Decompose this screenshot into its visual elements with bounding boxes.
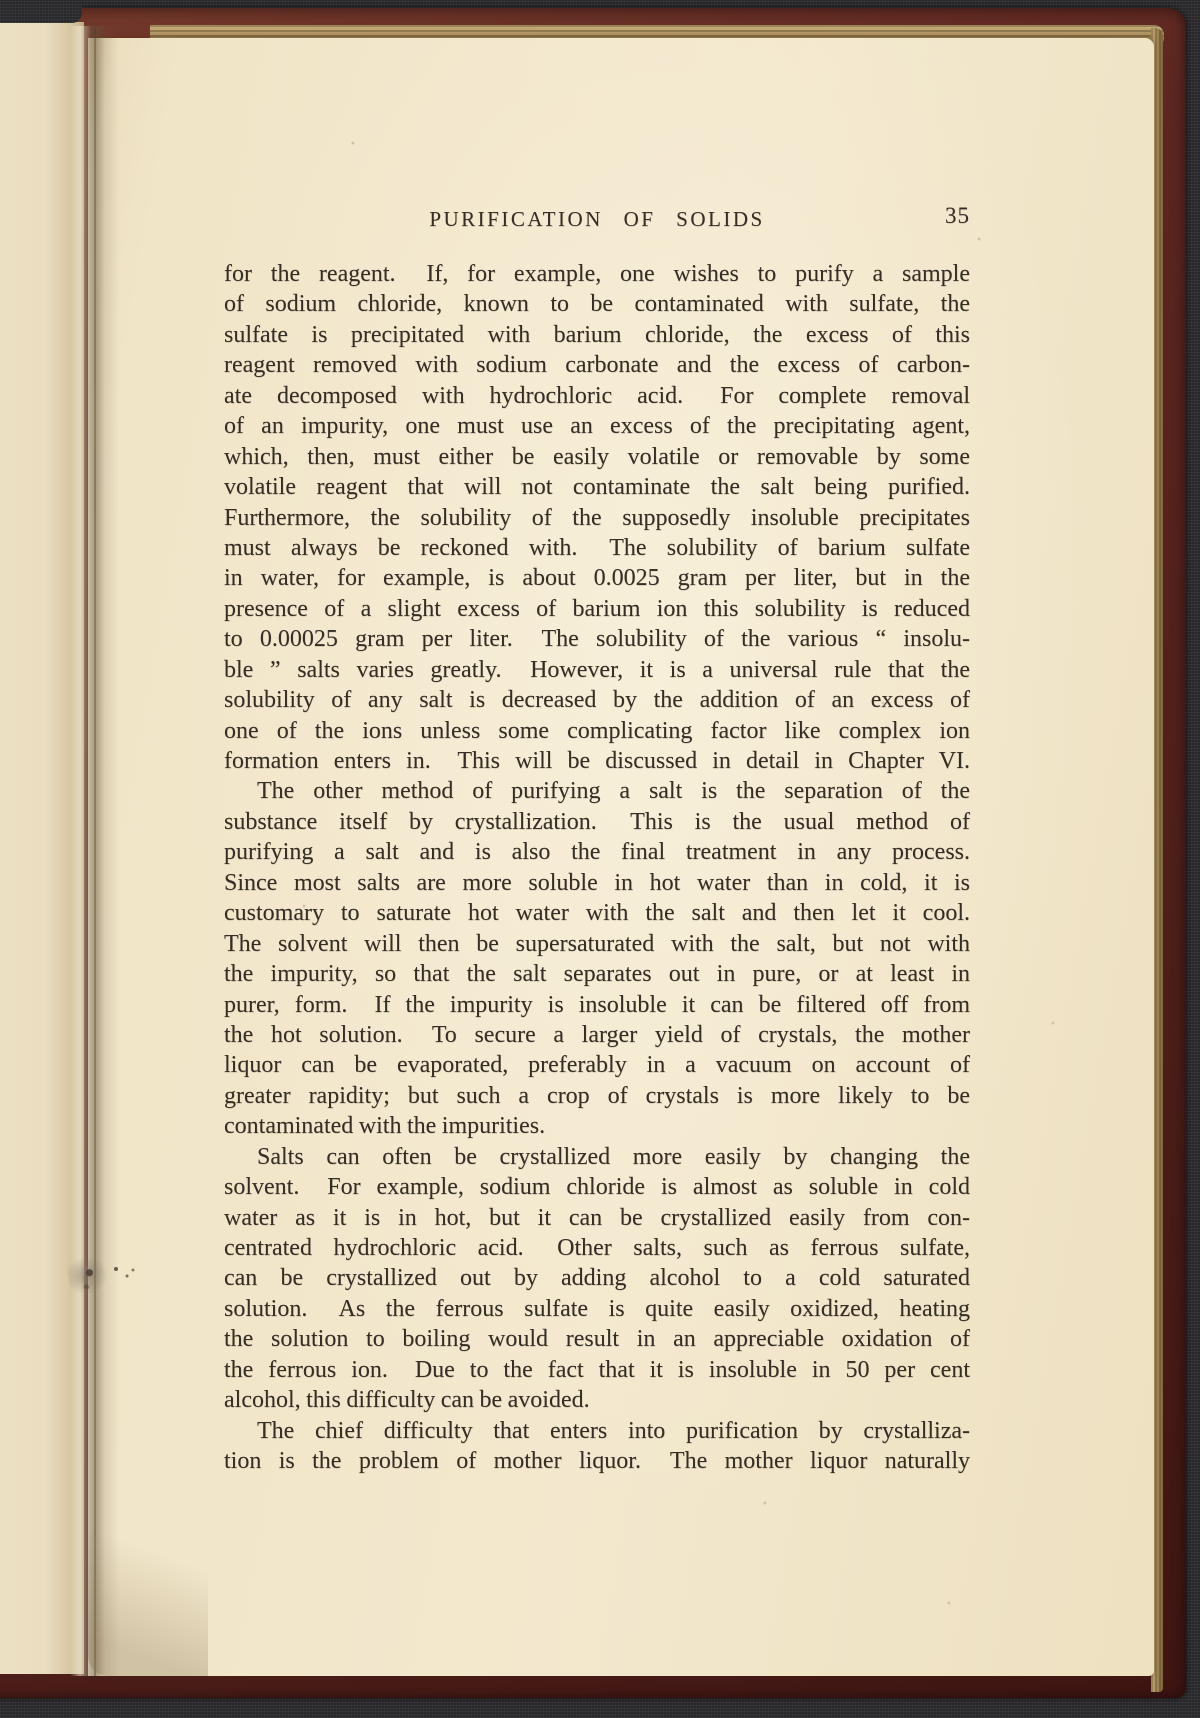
text-line: Salts can often be crystallized more eas… [224, 1142, 970, 1172]
paragraph: The other method of purifying a salt is … [224, 776, 970, 1141]
text-line: sulfate is precipitated with barium chlo… [224, 320, 970, 350]
text-line: reagent removed with sodium carbonate an… [224, 350, 970, 380]
paper-specks [0, 0, 2, 2]
text-line: to 0.00025 gram per liter. The solubilit… [224, 624, 970, 654]
text-line: The chief difficulty that enters into pu… [224, 1416, 970, 1446]
text-line: contaminated with the impurities. [224, 1111, 970, 1141]
text-line: of an impurity, one must use an excess o… [224, 411, 970, 441]
paragraph: for the reagent. If, for example, one wi… [224, 259, 970, 776]
cover-corner-patch [0, 0, 82, 23]
text-line: the impurity, so that the salt separates… [224, 959, 970, 989]
text-line: the ferrous ion. Due to the fact that it… [224, 1355, 970, 1385]
text-line: Furthermore, the solubility of the suppo… [224, 503, 970, 533]
text-block: for the reagent. If, for example, one wi… [224, 259, 970, 1477]
text-line: ble ” salts varies greatly. However, it … [224, 655, 970, 685]
text-line: must always be reckoned with. The solubi… [224, 533, 970, 563]
book-scan: PURIFICATION OF SOLIDS 35 for the reagen… [0, 0, 1200, 1718]
text-line: centrated hydrochloric acid. Other salts… [224, 1233, 970, 1263]
text-line: in water, for example, is about 0.0025 g… [224, 563, 970, 593]
text-line: solution. As the ferrous sulfate is quit… [224, 1294, 970, 1324]
text-line: the hot solution. To secure a larger yie… [224, 1020, 970, 1050]
text-line: solubility of any salt is decreased by t… [224, 685, 970, 715]
text-line: greater rapidity; but such a crop of cry… [224, 1081, 970, 1111]
text-line: tion is the problem of mother liquor. Th… [224, 1446, 970, 1476]
text-line: The other method of purifying a salt is … [224, 776, 970, 806]
text-line: substance itself by crystallization. Thi… [224, 807, 970, 837]
text-line: volatile reagent that will not contamina… [224, 472, 970, 502]
text-line: one of the ions unless some complicating… [224, 716, 970, 746]
paragraph: The chief difficulty that enters into pu… [224, 1416, 970, 1477]
gutter-bottom-shadow [88, 1470, 208, 1676]
text-line: The solvent will then be supersaturated … [224, 929, 970, 959]
text-line: presence of a slight excess of barium io… [224, 594, 970, 624]
page-number: 35 [945, 203, 970, 229]
text-line: alcohol, this difficulty can be avoided. [224, 1385, 970, 1415]
text-line: the solution to boiling would result in … [224, 1324, 970, 1354]
text-line: of sodium chloride, known to be contamin… [224, 289, 970, 319]
text-line: liquor can be evaporated, preferably in … [224, 1050, 970, 1080]
text-line: water as it is in hot, but it can be cry… [224, 1203, 970, 1233]
paragraph: Salts can often be crystallized more eas… [224, 1142, 970, 1416]
text-line: Since most salts are more soluble in hot… [224, 868, 970, 898]
text-line: purer, form. If the impurity is insolubl… [224, 990, 970, 1020]
text-line: can be crystallized out by adding alcoho… [224, 1263, 970, 1293]
text-line: ate decomposed with hydrochloric acid. F… [224, 381, 970, 411]
text-line: customary to saturate hot water with the… [224, 898, 970, 928]
ink-smudge [64, 1252, 111, 1297]
text-line: purifying a salt and is also the final t… [224, 837, 970, 867]
running-header: PURIFICATION OF SOLIDS [224, 207, 970, 232]
text-line: which, then, must either be easily volat… [224, 442, 970, 472]
text-line: solvent. For example, sodium chloride is… [224, 1172, 970, 1202]
text-line: for the reagent. If, for example, one wi… [224, 259, 970, 289]
text-line: formation enters in. This will be discus… [224, 746, 970, 776]
gutter-crease [70, 26, 126, 1676]
